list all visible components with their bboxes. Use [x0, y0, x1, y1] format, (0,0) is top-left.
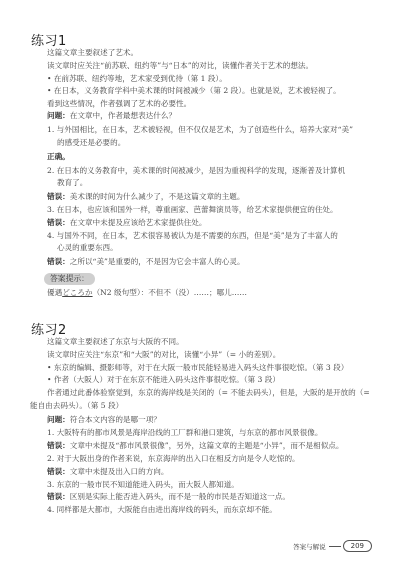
footer-divider: [329, 546, 341, 547]
option-2: 2. 对于大阪出身的作者来说，东京海岸的出入口在相反方向是令人吃惊的。: [47, 453, 300, 465]
option-3: 3. 东京的一般市民不知道能进入码头，而大阪人都知道。: [47, 479, 239, 491]
bullet-item: • 在前苏联、纽约等地，艺术家受到优待（第 1 段）。: [47, 73, 227, 85]
page-footer: 答案与解说 209: [293, 540, 372, 552]
hint-prefix: 優遇: [47, 288, 62, 297]
question-line: 问题：在文章中，作者最想表达什么？: [47, 110, 176, 122]
option-4-continued: 心灵的重要东西。: [57, 242, 118, 254]
error-text: 文章中未提及出入口的方向。: [70, 467, 169, 476]
error-text: 之所以“美”是重要的，不是因为它会丰富人的心灵。: [70, 257, 245, 266]
hint-grammar-pattern: どころか: [62, 288, 92, 297]
error-label: 错误：: [47, 441, 70, 450]
text-line: 看到这些情况，作者强调了艺术的必要性。: [47, 98, 191, 110]
option-3: 3. 在日本，也应该和国外一样，尊重画家、芭蕾舞演员等，给艺术家提供便宜的住处。: [47, 204, 338, 216]
error-line: 错误：在文章中未提及应该给艺术家提供住处。: [47, 217, 206, 229]
error-line: 错误：文章中未提及“都市风景很像”，另外，这篇文章的主题是“小异”，而不是相似点…: [47, 440, 344, 452]
error-label: 错误：: [47, 257, 70, 266]
option-1: 1. 与外国相比，在日本，艺术被轻视，但不仅仅是艺术，为了创造些什么，培养大家对…: [47, 124, 353, 136]
section-label: 答案与解说: [293, 542, 326, 551]
error-label: 错误：: [47, 467, 70, 476]
error-label: 错误：: [47, 492, 70, 501]
text-line: 作者通过此番体验察觉到，东京的海岸线是关闭的（= 不能去码头），但是，大阪的是开…: [47, 387, 370, 399]
option-4: 4. 同样都是大都市，大阪能自由进出海岸线的码头，而东京却不能。: [47, 504, 277, 516]
text-line: 读文章时应关注“东京”和“大阪”的对比，读懂“小异”（= 小的差别）。: [47, 349, 280, 361]
option-1: 1. 大阪特有的都市风景是海岸沿线的工厂群和港口建筑，与东京的都市风景很像。: [47, 427, 322, 439]
error-line: 错误：之所以“美”是重要的，不是因为它会丰富人的心灵。: [47, 256, 245, 268]
answer-hint-text: 優遇どころか（N2 级句型）：不但不（没）……；哪儿……: [47, 287, 247, 299]
option-1-continued: 的感受还是必要的。: [57, 137, 125, 149]
error-text: 文章中未提及“都市风景很像”，另外，这篇文章的主题是“小异”，而不是相似点。: [70, 441, 344, 450]
error-label: 错误：: [47, 192, 70, 201]
text-line: 这篇文章主要叙述了东京与大阪的不同。: [47, 336, 184, 348]
error-text: 美术课的时间为什么减少了，不是这篇文章的主题。: [70, 192, 245, 201]
document-page: 练习1 这篇文章主要叙述了艺术。 读文章时应关注“前苏联、纽约等”与“日本”的对…: [0, 0, 400, 565]
question-label: 问题：: [47, 415, 70, 424]
error-line: 错误：区别是实际上能否进入码头，而不是一般的市民是否知道这一点。: [47, 491, 290, 503]
text-line-continued: 能自由去码头）。（第 5 段）: [30, 400, 123, 412]
answer-hint-badge: 答案提示：: [44, 273, 95, 285]
option-2-continued: 教育了。: [57, 177, 87, 189]
bullet-item: • 东京的编辑、摄影师等，对于在大阪一般市民能轻易进入码头这件事很吃惊。（第 3…: [47, 362, 348, 374]
correct-label: 正确。: [47, 152, 70, 161]
page-number: 209: [343, 540, 372, 552]
option-2: 2. 在日本的义务教育中，美术课的时间被减少，是因为重视科学的发现，逐渐普及计算…: [47, 165, 345, 177]
bullet-item: • 作者（大阪人）对于在东京不能进入码头这件事很吃惊。（第 3 段）: [47, 374, 280, 386]
question-text: 在文章中，作者最想表达什么？: [70, 111, 176, 120]
error-text: 区别是实际上能否进入码头，而不是一般的市民是否知道这一点。: [70, 492, 290, 501]
correct-line: 正确。: [47, 151, 70, 163]
error-line: 错误：文章中未提及出入口的方向。: [47, 466, 169, 478]
error-label: 错误：: [47, 218, 70, 227]
hint-explanation: （N2 级句型）：不但不（没）……；哪儿……: [93, 288, 247, 297]
text-line: 这篇文章主要叙述了艺术。: [47, 47, 138, 59]
error-text: 在文章中未提及应该给艺术家提供住处。: [70, 218, 207, 227]
question-label: 问题：: [47, 111, 70, 120]
question-text: 符合本文内容的是哪一项？: [70, 415, 161, 424]
bullet-item: • 在日本，义务教育学科中美术课的时间被减少（第 2 段）。也就是说，艺术被轻视…: [47, 85, 341, 97]
option-4: 4. 与国外不同，在日本，艺术很容易被认为是不需要的东西，但是“美”是为了丰富人…: [47, 230, 338, 242]
error-line: 错误：美术课的时间为什么减少了，不是这篇文章的主题。: [47, 191, 244, 203]
text-line: 读文章时应关注“前苏联、纽约等”与“日本”的对比，读懂作者关于艺术的想法。: [47, 60, 313, 72]
question-line: 问题：符合本文内容的是哪一项？: [47, 414, 161, 426]
